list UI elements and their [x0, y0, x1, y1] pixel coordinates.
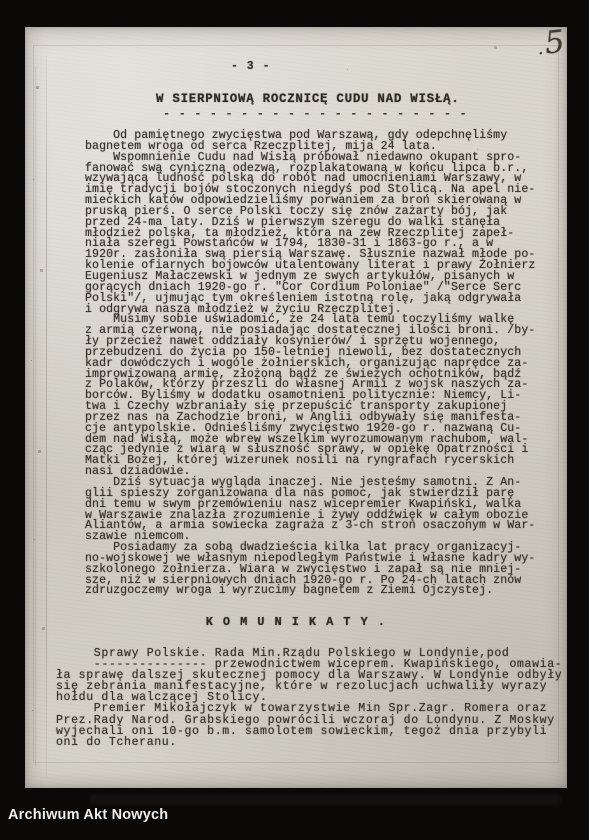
communiques-text: Sprawy Polskie. Rada Min.Rządu Polskiego…	[56, 648, 567, 748]
body-text: Od pamiętnego zwycięstwa pod Warszawą, g…	[85, 131, 563, 597]
fold-line	[46, 55, 47, 779]
paragraph: Dziś sytuacja wygląda inaczej. Nie jeste…	[85, 478, 563, 543]
archive-label: Archiwum Akt Nowych	[8, 807, 168, 823]
paragraph: Wspomnienie Cudu nad Wisłą próbował nied…	[85, 153, 563, 316]
paper-edge-line	[35, 67, 36, 767]
archive-footer: Archiwum Akt Nowych	[0, 788, 589, 840]
document-title: W SIERPNIOWĄ ROCZNICĘ CUDU NAD WISŁĄ.	[156, 92, 459, 106]
document-page: 5 - 3 - W SIERPNIOWĄ ROCZNICĘ CUDU NAD W…	[25, 27, 567, 788]
paper-speckles	[25, 27, 26, 28]
title-underline: - - - - - - - - - - - - - - - - - - - -	[163, 107, 467, 121]
paragraph: Posiadamy za sobą dwadzieścia kilka lat …	[85, 543, 563, 597]
paragraph: Premier Mikołajczyk w towarzystwie Min S…	[56, 703, 567, 747]
page-number: - 3 -	[231, 60, 271, 73]
paragraph: Sprawy Polskie. Rada Min.Rządu Polskiego…	[56, 648, 567, 703]
scan-viewport: 5 - 3 - W SIERPNIOWĄ ROCZNICĘ CUDU NAD W…	[0, 0, 589, 840]
section-heading: K O M U N I K A T Y .	[25, 615, 567, 629]
paragraph: Musimy sobie uświadomić, że 24 lata temu…	[85, 315, 563, 478]
handwritten-page-number: 5	[535, 27, 566, 62]
paragraph: Od pamiętnego zwycięstwa pod Warszawą, g…	[85, 131, 563, 153]
